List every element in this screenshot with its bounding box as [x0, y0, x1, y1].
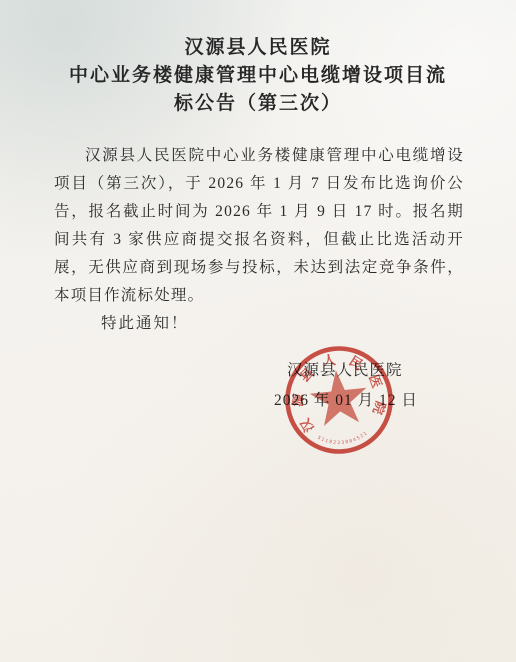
seal-code-text: 5118233004521: [316, 430, 370, 449]
notice-line: 特此通知！: [101, 311, 189, 333]
title-line-2: 中心业务楼健康管理中心电缆增设项目流: [0, 62, 516, 90]
signature-org: 汉源县人民医院: [287, 358, 403, 380]
title-line-3: 标公告（第三次）: [0, 90, 516, 118]
signature-date: 2026 年 01 月 12 日: [274, 388, 418, 410]
svg-text:5118233004521: 5118233004521: [316, 430, 370, 449]
document-title: 汉源县人民医院 中心业务楼健康管理中心电缆增设项目流 标公告（第三次）: [0, 34, 516, 118]
scanned-document-page: 汉源县人民医院 中心业务楼健康管理中心电缆增设项目流 标公告（第三次） 汉源县人…: [0, 0, 516, 662]
title-line-1: 汉源县人民医院: [0, 34, 516, 62]
body-paragraph: 汉源县人民医院中心业务楼健康管理中心电缆增设项目（第三次），于 2026 年 1…: [54, 142, 464, 310]
